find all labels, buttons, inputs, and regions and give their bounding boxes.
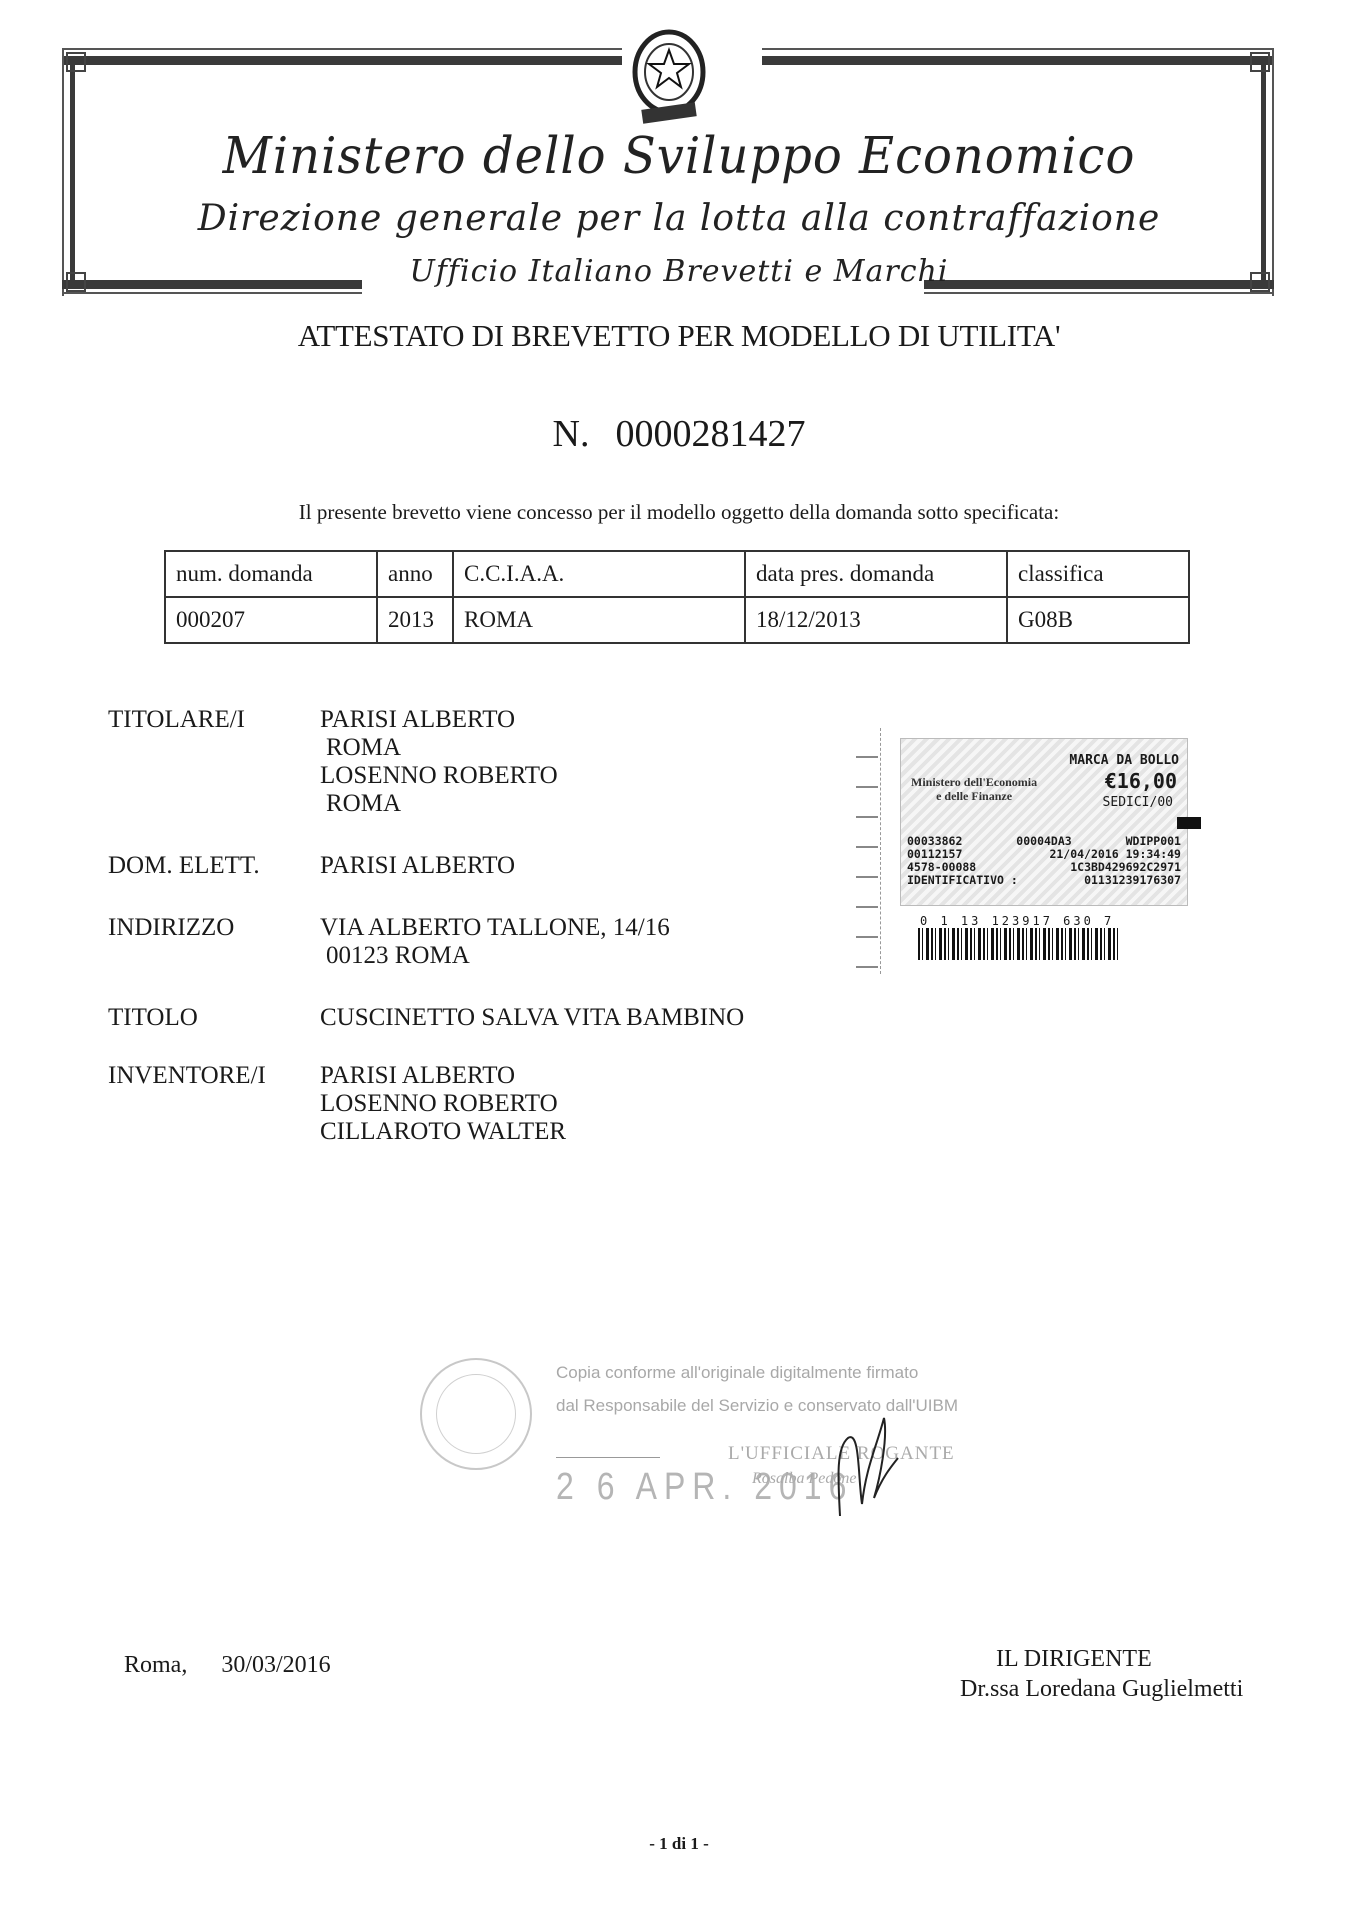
place: Roma, xyxy=(124,1652,187,1678)
stamp-amount: €16,00 xyxy=(1105,769,1177,793)
application-table: num. domanda anno C.C.I.A.A. data pres. … xyxy=(164,550,1190,644)
inventor-name: PARISI ALBERTO xyxy=(320,1062,566,1090)
stamp-perforation xyxy=(854,728,881,974)
signatory-name: Dr.ssa Loredana Guglielmetti xyxy=(960,1676,1243,1703)
stamp-issuer: Ministero dell'Economia e delle Finanze xyxy=(911,775,1037,803)
header-anno: anno xyxy=(377,551,453,597)
official-seal-icon xyxy=(420,1358,532,1470)
patent-fields: TITOLARE/I PARISI ALBERTO ROMA LOSENNO R… xyxy=(108,706,744,1180)
header-classifica: classifica xyxy=(1007,551,1189,597)
table-row: 000207 2013 ROMA 18/12/2013 G08B xyxy=(165,597,1189,643)
place-and-date: Roma,30/03/2016 xyxy=(124,1652,331,1679)
stamp-codes: 0003386200004DA3WDIPP001 0011215721/04/2… xyxy=(907,835,1181,887)
field-titolari: TITOLARE/I PARISI ALBERTO ROMA LOSENNO R… xyxy=(108,706,744,818)
field-indirizzo: INDIRIZZO VIA ALBERTO TALLONE, 14/16 001… xyxy=(108,914,744,970)
office-name: Ufficio Italiano Brevetti e Marchi xyxy=(0,254,1358,289)
cell-cciaa: ROMA xyxy=(453,597,745,643)
cell-num-domanda: 000207 xyxy=(165,597,377,643)
issue-date: 30/03/2016 xyxy=(221,1652,330,1678)
barcode-number: 0 1 13 123917 630 7 xyxy=(920,914,1114,928)
signature-line xyxy=(556,1457,660,1458)
field-dom-elett: DOM. ELETT. PARISI ALBERTO xyxy=(108,852,744,880)
address-street: VIA ALBERTO TALLONE, 14/16 xyxy=(320,914,670,942)
holder-name: PARISI ALBERTO xyxy=(320,706,558,734)
table-header-row: num. domanda anno C.C.I.A.A. data pres. … xyxy=(165,551,1189,597)
field-inventori: INVENTORE/I PARISI ALBERTO LOSENNO ROBER… xyxy=(108,1062,744,1146)
field-label: TITOLARE/I xyxy=(108,706,320,818)
directorate-name: Direzione generale per la lotta alla con… xyxy=(0,198,1358,239)
header-cciaa: C.C.I.A.A. xyxy=(453,551,745,597)
holder-city: ROMA xyxy=(320,790,558,818)
cell-classifica: G08B xyxy=(1007,597,1189,643)
stamp-body: Ministero dell'Economia e delle Finanze … xyxy=(900,738,1188,906)
address-city: 00123 ROMA xyxy=(320,942,670,970)
stamp-amount-words: SEDICI/00 xyxy=(1103,795,1173,810)
document-title: ATTESTATO DI BREVETTO PER MODELLO DI UTI… xyxy=(0,318,1358,354)
page-number: - 1 di 1 - xyxy=(0,1834,1358,1854)
field-label: DOM. ELETT. xyxy=(108,852,320,880)
cell-data-pres: 18/12/2013 xyxy=(745,597,1007,643)
handwritten-signature-icon xyxy=(810,1408,920,1518)
field-titolo: TITOLO CUSCINETTO SALVA VITA BAMBINO xyxy=(108,1004,744,1032)
barcode-icon xyxy=(918,928,1118,960)
stamp-type: MARCA DA BOLLO xyxy=(1069,753,1179,768)
holder-city: ROMA xyxy=(320,734,558,762)
inventor-name: LOSENNO ROBERTO xyxy=(320,1090,566,1118)
patent-number-prefix: N. xyxy=(553,413,590,455)
header-num-domanda: num. domanda xyxy=(165,551,377,597)
patent-number: N.0000281427 xyxy=(0,412,1358,456)
patent-number-value: 0000281427 xyxy=(615,413,805,455)
stamp-marker xyxy=(1177,817,1201,829)
field-label: TITOLO xyxy=(108,1004,320,1032)
ministry-name: Ministero dello Sviluppo Economico xyxy=(0,127,1358,186)
italian-republic-emblem-icon xyxy=(626,26,712,128)
holder-name: LOSENNO ROBERTO xyxy=(320,762,558,790)
inventor-name: CILLAROTO WALTER xyxy=(320,1118,566,1146)
cell-anno: 2013 xyxy=(377,597,453,643)
field-label: INDIRIZZO xyxy=(108,914,320,970)
field-value: PARISI ALBERTO xyxy=(320,852,515,880)
field-value: CUSCINETTO SALVA VITA BAMBINO xyxy=(320,1004,744,1032)
signatory-title: IL DIRIGENTE xyxy=(996,1646,1152,1673)
header-data-pres: data pres. domanda xyxy=(745,551,1007,597)
intro-text: Il presente brevetto viene concesso per … xyxy=(0,500,1358,525)
field-label: INVENTORE/I xyxy=(108,1062,320,1146)
revenue-stamp: Ministero dell'Economia e delle Finanze … xyxy=(854,728,1188,978)
